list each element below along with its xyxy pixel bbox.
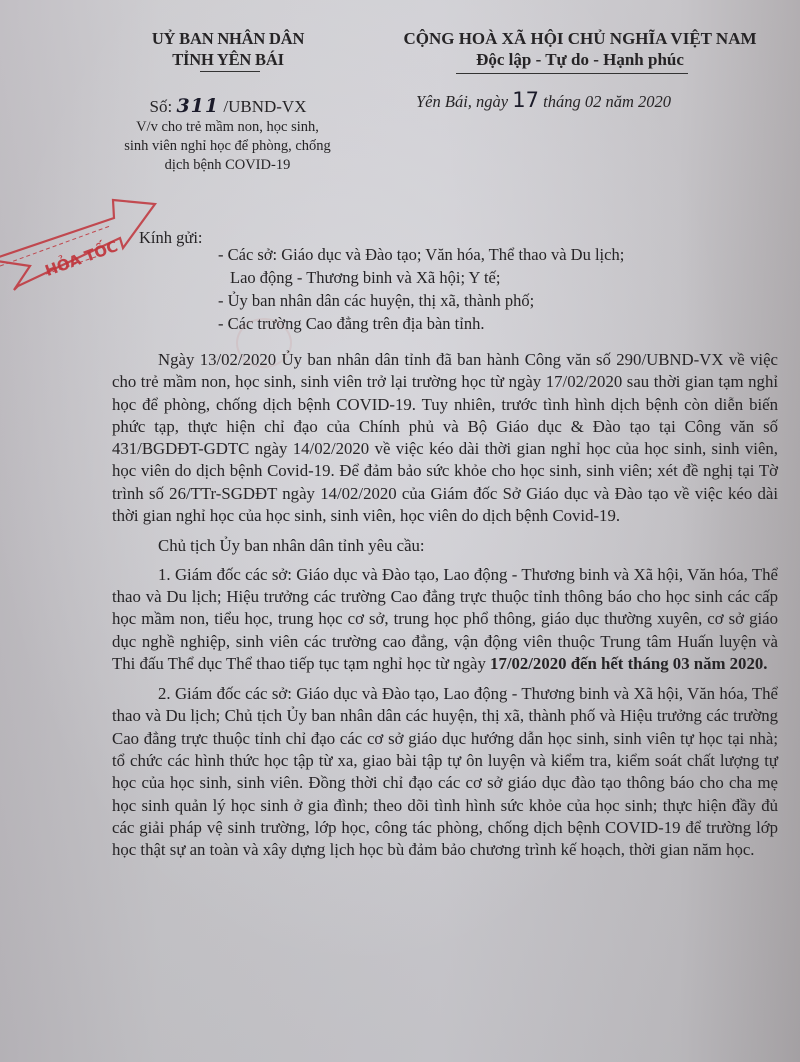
- number-prefix: Số:: [150, 97, 177, 116]
- subject-line: sinh viên nghỉ học để phòng, chống: [95, 137, 360, 156]
- motto-underline: [456, 73, 688, 74]
- motto-line-2: Độc lập - Tự do - Hạnh phúc: [370, 49, 790, 70]
- document-body: Ngày 13/02/2020 Ủy ban nhân dân tỉnh đã …: [112, 349, 778, 862]
- date-suffix: tháng 02 năm 2020: [539, 92, 671, 111]
- stamp-text: HỎA TỐC: [42, 234, 121, 280]
- handwritten-day: 17: [512, 88, 539, 112]
- issuing-authority: UỶ BAN NHÂN DÂN TỈNH YÊN BÁI: [118, 28, 338, 72]
- document-subject: V/v cho trẻ mầm non, học sinh, sinh viên…: [95, 118, 360, 175]
- national-motto: CỘNG HOÀ XÃ HỘI CHỦ NGHĨA VIỆT NAM Độc l…: [370, 28, 790, 74]
- recipient-line: Lao động - Thương binh và Xã hội; Y tế;: [218, 266, 778, 289]
- recipient-line: - Ủy ban nhân dân các huyện, thị xã, thà…: [218, 289, 778, 312]
- request-item-2: 2. Giám đốc các sở: Giáo dục và Đào tạo,…: [112, 683, 778, 861]
- item-1-deadline: 17/02/2020 đến hết tháng 03 năm 2020.: [490, 654, 767, 673]
- subject-line: dịch bệnh COVID-19: [95, 156, 360, 175]
- date-prefix: Yên Bái, ngày: [416, 92, 512, 111]
- recipient-line: - Các sở: Giáo dục và Đào tạo; Văn hóa, …: [218, 243, 778, 266]
- intro-paragraph: Ngày 13/02/2020 Ủy ban nhân dân tỉnh đã …: [112, 349, 778, 527]
- authority-line-2: TỈNH YÊN BÁI: [118, 49, 338, 70]
- issue-date: Yên Bái, ngày 17 tháng 02 năm 2020: [416, 88, 671, 112]
- recipient-line: - Các trường Cao đẳng trên địa bàn tỉnh.: [218, 312, 778, 335]
- request-intro: Chủ tịch Ủy ban nhân dân tỉnh yêu cầu:: [112, 535, 778, 557]
- number-suffix: /UBND-VX: [219, 97, 306, 116]
- authority-underline: [200, 71, 260, 72]
- recipients-list: - Các sở: Giáo dục và Đào tạo; Văn hóa, …: [218, 243, 778, 335]
- request-item-1: 1. Giám đốc các sở: Giáo dục và Đào tạo,…: [112, 564, 778, 675]
- handwritten-number: 311: [176, 95, 219, 117]
- document-number: Số: 311 /UBND-VX: [118, 96, 338, 117]
- motto-line-1: CỘNG HOÀ XÃ HỘI CHỦ NGHĨA VIỆT NAM: [370, 28, 790, 49]
- document-page: UỶ BAN NHÂN DÂN TỈNH YÊN BÁI CỘNG HOÀ XÃ…: [0, 0, 800, 1062]
- authority-line-1: UỶ BAN NHÂN DÂN: [118, 28, 338, 49]
- recipients-title: Kính gửi:: [139, 228, 203, 248]
- subject-line: V/v cho trẻ mầm non, học sinh,: [95, 118, 360, 137]
